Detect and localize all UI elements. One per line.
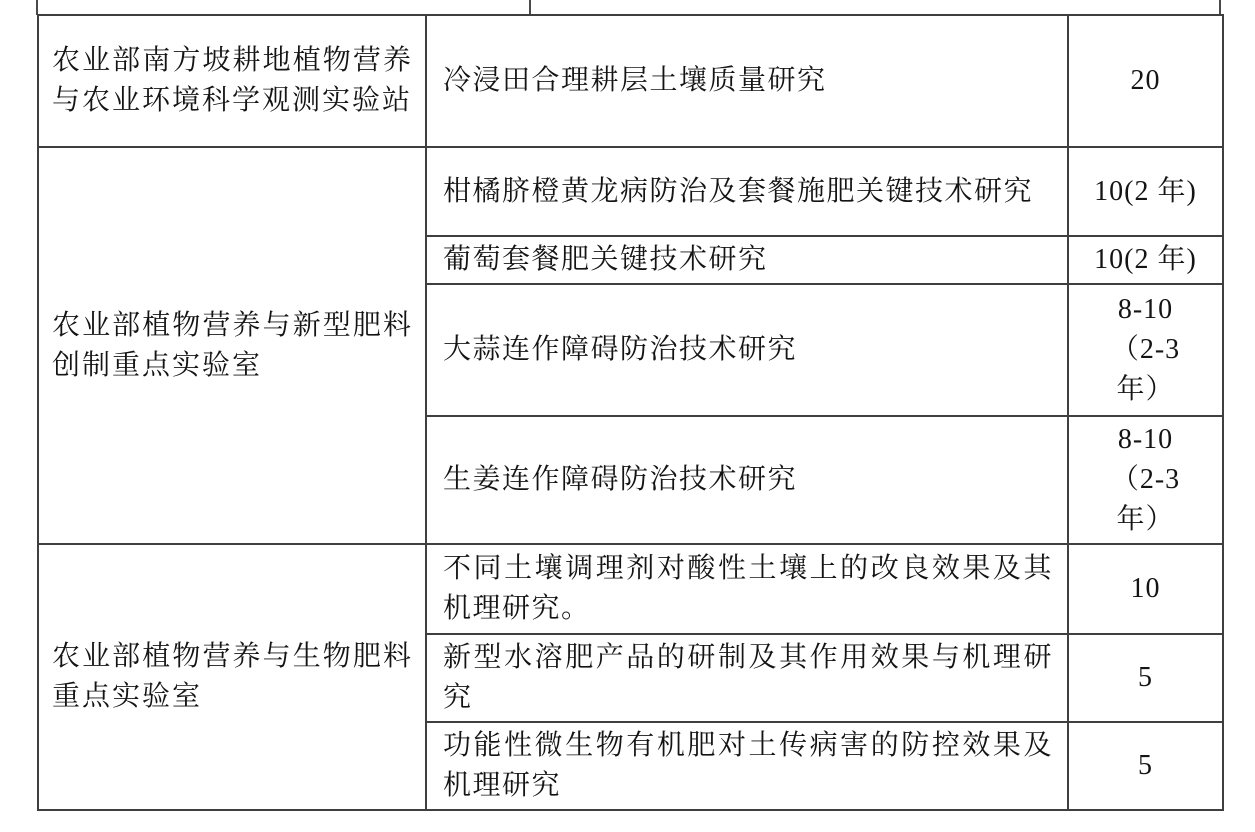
project-cell: 葡萄套餐肥关键技术研究 (426, 236, 1068, 284)
value-cell: 20 (1068, 15, 1223, 147)
project-cell: 冷浸田合理耕层土壤质量研究 (426, 15, 1068, 147)
value-cell: 8-10 （2-3 年） (1068, 416, 1223, 544)
project-cell: 大蒜连作障碍防治技术研究 (426, 284, 1068, 416)
project-cell: 不同土壤调理剂对酸性土壤上的改良效果及其机理研究。 (426, 544, 1068, 634)
table-continuation-tick-right (1219, 0, 1221, 15)
institution-cell: 农业部植物营养与新型肥料创制重点实验室 (38, 147, 426, 544)
institution-cell: 农业部南方坡耕地植物营养与农业环境科学观测实验站 (38, 15, 426, 147)
project-cell: 生姜连作障碍防治技术研究 (426, 416, 1068, 544)
project-cell: 功能性微生物有机肥对土传病害的防控效果及机理研究 (426, 722, 1068, 810)
research-projects-table: 农业部南方坡耕地植物营养与农业环境科学观测实验站 冷浸田合理耕层土壤质量研究 2… (37, 14, 1224, 811)
table-continuation-tick-middle (529, 0, 531, 15)
table-row: 农业部南方坡耕地植物营养与农业环境科学观测实验站 冷浸田合理耕层土壤质量研究 2… (38, 15, 1223, 147)
table-row: 农业部植物营养与生物肥料重点实验室 不同土壤调理剂对酸性土壤上的改良效果及其机理… (38, 544, 1223, 634)
value-cell: 10(2 年) (1068, 236, 1223, 284)
document-page: 农业部南方坡耕地植物营养与农业环境科学观测实验站 冷浸田合理耕层土壤质量研究 2… (0, 0, 1255, 832)
table-row: 农业部植物营养与新型肥料创制重点实验室 柑橘脐橙黄龙病防治及套餐施肥关键技术研究… (38, 147, 1223, 236)
value-cell: 5 (1068, 722, 1223, 810)
institution-cell: 农业部植物营养与生物肥料重点实验室 (38, 544, 426, 810)
value-cell: 5 (1068, 634, 1223, 722)
value-cell: 10(2 年) (1068, 147, 1223, 236)
value-cell: 8-10 （2-3 年） (1068, 284, 1223, 416)
project-cell: 新型水溶肥产品的研制及其作用效果与机理研究 (426, 634, 1068, 722)
project-cell: 柑橘脐橙黄龙病防治及套餐施肥关键技术研究 (426, 147, 1068, 236)
value-cell: 10 (1068, 544, 1223, 634)
table-continuation-tick-left (36, 0, 38, 15)
